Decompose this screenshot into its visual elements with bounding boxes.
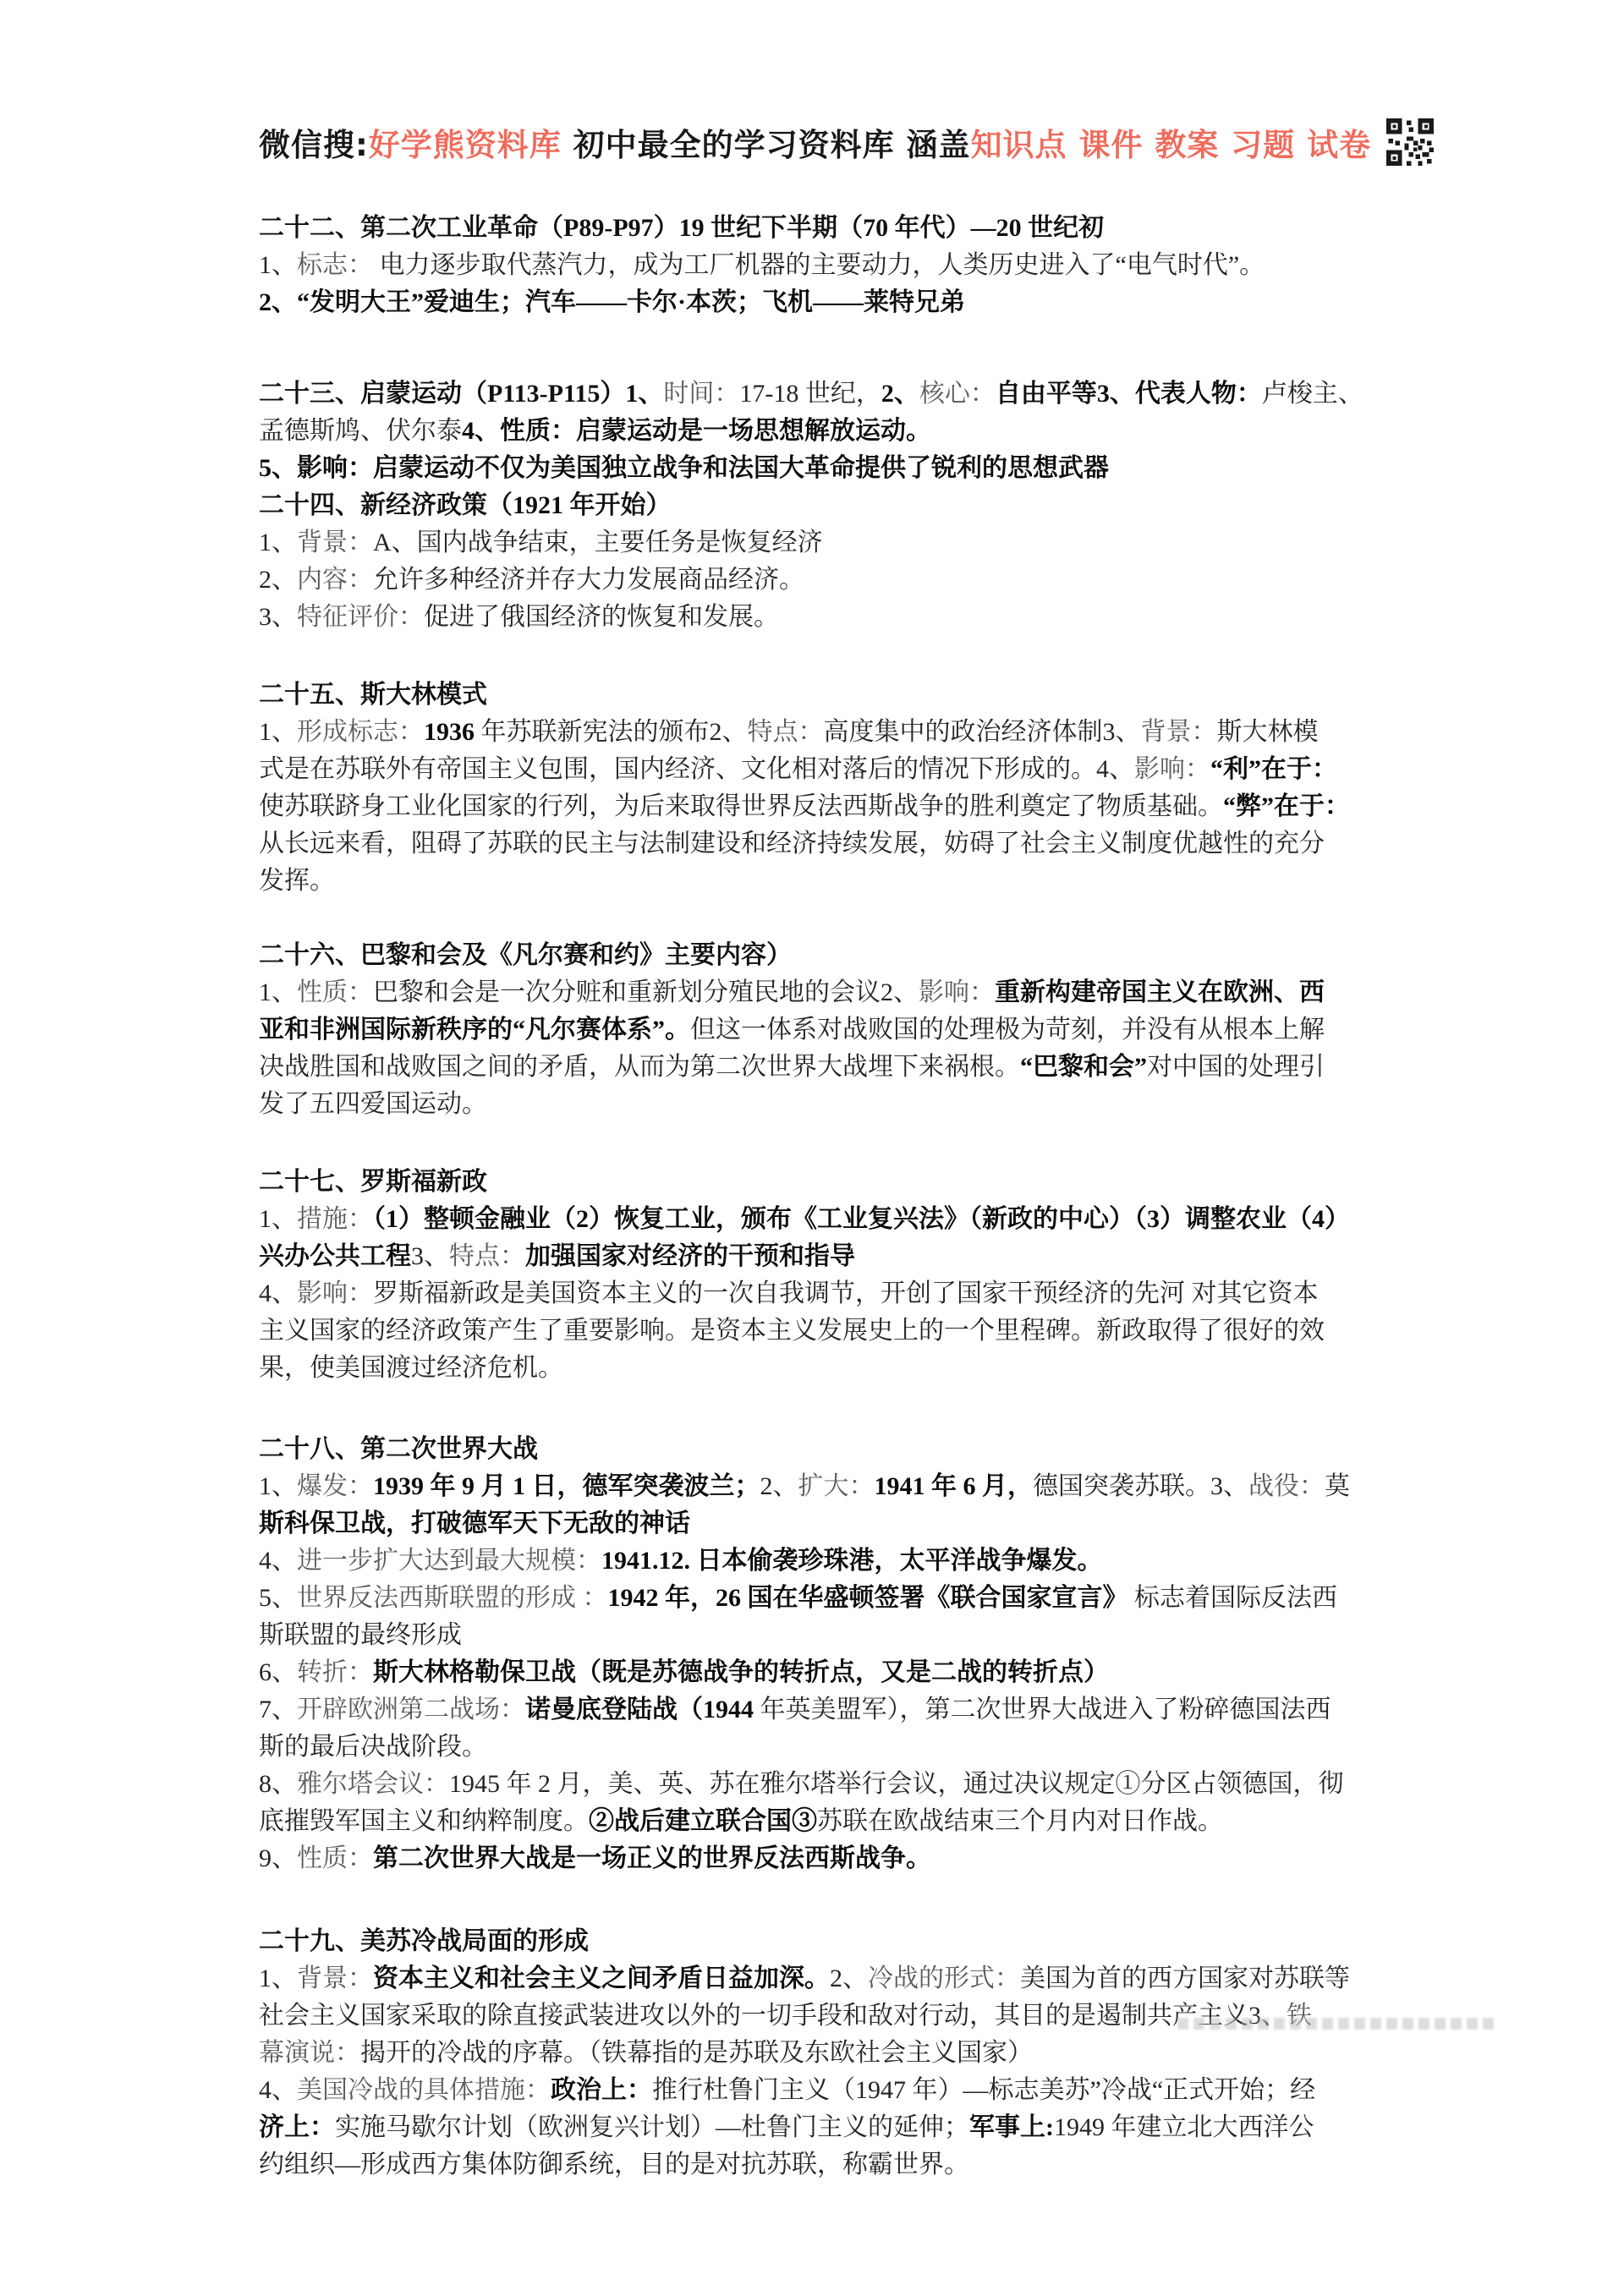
text-line: 7、开辟欧洲第二战场：诺曼底登陆战（1944 年英美盟军），第二次世界大战进入了… (259, 1691, 1497, 1729)
text-run: 3、 (1097, 380, 1135, 408)
section-23: 二十三、启蒙运动（P113-P115）1、时间：17-18 世纪，2、核心：自由… (259, 375, 1497, 487)
text-run: 1、 (259, 1472, 297, 1500)
text-run: 年苏联新宪法的颁布 (475, 718, 710, 746)
text-run: “巴黎和会” (1020, 1053, 1147, 1081)
text-run: 发挥。 (259, 867, 335, 895)
text-run: 特点： (449, 1242, 525, 1270)
text-line: 6、转折：斯大林格勒保卫战（既是苏德战争的转折点，又是二战的转折点） (259, 1654, 1497, 1691)
text-run: 二十六、巴黎和会及《凡尔赛和约》主要内容） (259, 941, 792, 969)
text-line: 9、性质：第二次世界大战是一场正义的世界反法西斯战争。 (259, 1840, 1497, 1877)
text-run: 影响： (297, 1280, 373, 1307)
text-run: 1945 年 2 月，美、英、苏在雅尔塔举行会议，通过决议规定①分区占领德国，彻 (449, 1770, 1344, 1798)
section-22: 二十二、第二次工业革命（P89-P97）19 世纪下半期（70 年代）—20 世… (259, 210, 1497, 321)
text-run: 背景： (297, 1964, 373, 1992)
text-run: 2、“发明大王”爱迪生；汽车——卡尔·本茨；飞机——莱特兄弟 (259, 288, 965, 316)
text-run: 2、 (881, 978, 919, 1006)
text-run: 初中最全的学习资料库 涵盖 (562, 127, 971, 163)
promo-header-text: 微信搜:好学熊资料库 初中最全的学习资料库 涵盖知识点 课件 教案 习题 试卷 (259, 119, 1371, 165)
text-run: 1、 (259, 1205, 297, 1233)
text-run: 1944 (703, 1696, 754, 1723)
text-run: 进一步扩大达到最大规模： (297, 1547, 601, 1575)
text-run: 自由平等 (996, 380, 1097, 408)
text-run: 斯联盟的最终形成 (259, 1621, 462, 1649)
text-run: 兴办公共工程 (259, 1242, 411, 1270)
text-run: 雅尔塔会议： (297, 1770, 449, 1798)
text-run: 4、 (259, 1547, 297, 1575)
section-26: 二十六、巴黎和会及《凡尔赛和约》主要内容）1、性质：巴黎和会是一次分赃和重新划分… (259, 937, 1497, 1123)
text-run: 性质： (297, 978, 373, 1006)
text-line: 1、形成标志：1936 年苏联新宪法的颁布2、特点：高度集中的政治经济体制3、背… (259, 714, 1497, 751)
text-run: 措施： (297, 1205, 373, 1233)
text-run: 二十二、第二次工业革命（P89-P97）19 世纪下半期（70 年代）—20 世… (259, 214, 1104, 242)
text-run: 揭开的冷战的序幕。（铁幕指的是苏联及东欧社会主义国家） (360, 2039, 1033, 2067)
text-run: 2、 (710, 718, 748, 746)
text-line: 2、“发明大王”爱迪生；汽车——卡尔·本茨；飞机——莱特兄弟 (259, 284, 1497, 321)
text-run: 代表人物： (1135, 380, 1262, 408)
text-line: 幕演说：揭开的冷战的序幕。（铁幕指的是苏联及东欧社会主义国家） (259, 2035, 1497, 2072)
text-line: 发了五四爱国运动。 (259, 1086, 1497, 1123)
section-title-line: 二十五、斯大林模式 (259, 677, 1497, 714)
text-run: 幕演说： (259, 2039, 360, 2067)
text-run: 特征评价： (297, 603, 424, 631)
text-run: 扩大： (798, 1472, 875, 1500)
text-run: 3、 (411, 1242, 449, 1270)
text-run: 德国突袭苏联。 (1033, 1472, 1210, 1500)
text-run: A、国内战争结束，主要任务是恢复经济 (373, 529, 823, 556)
text-line: 斯的最后决战阶段。 (259, 1729, 1497, 1766)
section-25: 二十五、斯大林模式1、形成标志：1936 年苏联新宪法的颁布2、特点：高度集中的… (259, 677, 1497, 900)
text-run: （1）整顿金融业（2）恢复工业，颁布《工业复兴法》（新政的中心）（3）调整农业（… (373, 1205, 1350, 1233)
text-run: 3、 (1210, 1472, 1248, 1500)
document-body: 二十二、第二次工业革命（P89-P97）19 世纪下半期（70 年代）—20 世… (259, 210, 1497, 2184)
text-run: 爆发： (297, 1472, 373, 1500)
text-run: 决战胜国和战败国之间的矛盾，从而为第二次世界大战埋下来祸根。 (259, 1053, 1020, 1081)
text-run: 使苏联跻身工业化国家的行列，为后来取得世界反法西斯战争的胜利奠定了物质基础。 (259, 792, 1223, 820)
section-title-line: 二十八、第二次世界大战 (259, 1431, 1497, 1468)
text-line: 1、背景：资本主义和社会主义之间矛盾日益加深。2、冷战的形式：美国为首的西方国家… (259, 1960, 1497, 1997)
text-run: 开辟欧洲第二战场： (297, 1696, 525, 1723)
text-line: 1、背景：A、国内战争结束，主要任务是恢复经济 (259, 524, 1497, 562)
text-run: 式是在苏联外有帝国主义包围，国内经济、文化相对落后的情况下形成的。 (259, 755, 1096, 783)
text-line: 主义国家的经济政策产生了重要影响。是资本主义发展史上的一个里程碑。新政取得了很好… (259, 1312, 1497, 1350)
text-line: 1、措施：（1）整顿金融业（2）恢复工业，颁布《工业复兴法》（新政的中心）（3）… (259, 1201, 1497, 1238)
text-run: 性质： (297, 1844, 373, 1872)
text-run: “利”在于： (1210, 755, 1337, 783)
text-run: 9、 (259, 1844, 297, 1872)
text-run: 特点： (748, 718, 824, 746)
text-line: 4、美国冷战的具体措施：政治上：推行杜鲁门主义（1947 年）—标志美苏”冷战“… (259, 2072, 1497, 2109)
text-line: 8、雅尔塔会议：1945 年 2 月，美、英、苏在雅尔塔举行会议，通过决议规定①… (259, 1766, 1497, 1803)
text-run: 形成标志： (297, 718, 424, 746)
text-run: 诺曼底登陆战（ (525, 1696, 703, 1723)
text-run: 二十九、美苏冷战局面的形成 (259, 1927, 589, 1955)
text-run: 17-18 世纪， (739, 380, 881, 408)
text-run: 1936 (424, 718, 475, 746)
text-run: 性质： (500, 417, 576, 445)
text-run: 2、 (881, 380, 919, 408)
text-run: 电力逐步取代蒸汽力，成为工厂机器的主要动力，人类历史进入了“电气时代”。 (373, 251, 1265, 279)
text-run: 日本偷袭珍珠港，太平洋战争爆发。 (690, 1547, 1103, 1575)
text-run: 1、 (259, 978, 297, 1006)
text-run: 3、 (1103, 718, 1141, 746)
text-run: 国在华盛顿签署《联合国家宣言》 (741, 1584, 1128, 1612)
qr-code-icon (1386, 118, 1434, 166)
text-line: 1、爆发：1939 年 9 月 1 日，德军突袭波兰；2、扩大：1941 年 6… (259, 1468, 1497, 1505)
text-run: 战役： (1248, 1472, 1325, 1500)
text-line: 从长远来看，阻碍了苏联的民主与法制建设和经济持续发展，妨碍了社会主义制度优越性的… (259, 825, 1497, 863)
section-title-line: 二十七、罗斯福新政 (259, 1164, 1497, 1201)
section-title-line: 二十三、启蒙运动（P113-P115）1、时间：17-18 世纪，2、核心：自由… (259, 375, 1497, 413)
text-run: 4、 (1096, 755, 1134, 783)
text-run: “弊”在于： (1223, 792, 1350, 820)
text-line: 5、影响：启蒙运动不仅为美国独立战争和法国大革命提供了锐利的思想武器 (259, 450, 1497, 487)
section-title-line: 二十六、巴黎和会及《凡尔赛和约》主要内容） (259, 937, 1497, 974)
section-title-line: 二十二、第二次工业革命（P89-P97）19 世纪下半期（70 年代）—20 世… (259, 210, 1497, 247)
text-run: 启蒙运动是一场思想解放运动。 (576, 417, 931, 445)
text-run: 苏联在欧战结束三个月内对日作战。 (817, 1807, 1223, 1835)
text-run: 1941.12. (601, 1547, 690, 1575)
text-run: 1、 (259, 718, 297, 746)
text-run: 2、 (760, 1472, 798, 1500)
text-line: 1、标志： 电力逐步取代蒸汽力，成为工厂机器的主要动力，人类历史进入了“电气时代… (259, 247, 1497, 284)
text-line: 4、影响：罗斯福新政是美国资本主义的一次自我调节，开创了国家干预经济的先河 对其… (259, 1275, 1497, 1312)
text-run: 影响： (1134, 755, 1210, 783)
text-run: 微信搜: (259, 127, 369, 163)
text-run: 主义国家的经济政策产生了重要影响。是资本主义发展史上的一个里程碑。新政取得了很好… (259, 1317, 1325, 1345)
section-title-line: 二十四、新经济政策（1921 年开始） (259, 487, 1497, 524)
watermark-artifact (1177, 2018, 1499, 2030)
text-run: 5、影响： (259, 454, 373, 482)
section-27: 二十七、罗斯福新政1、措施：（1）整顿金融业（2）恢复工业，颁布《工业复兴法》（… (259, 1164, 1497, 1387)
text-run: 核心： (919, 380, 996, 408)
text-line: 决战胜国和战败国之间的矛盾，从而为第二次世界大战埋下来祸根。“巴黎和会”对中国的… (259, 1049, 1497, 1086)
text-run: 1941 年 6 月， (875, 1472, 1034, 1500)
text-run: 二十八、第二次世界大战 (259, 1435, 538, 1463)
text-run: 第二次世界大战是一场正义的世界反法西斯战争。 (373, 1844, 931, 1872)
text-run: 斯大林模 (1217, 718, 1319, 746)
text-run: 2、 (259, 566, 297, 594)
text-run: 知识点 课件 教案 习题 试卷 (971, 127, 1372, 163)
text-run: 从长远来看，阻碍了苏联的民主与法制建设和经济持续发展，妨碍了社会主义制度优越性的… (259, 830, 1325, 858)
text-run: 背景： (1141, 718, 1217, 746)
text-run: 资本主义和社会主义之间矛盾日益加深。 (373, 1964, 830, 1992)
text-line: 底摧毁军国主义和纳粹制度。②战后建立联合国③苏联在欧战结束三个月内对日作战。 (259, 1803, 1497, 1840)
text-line: 2、内容：允许多种经济并存大力发展商品经济。 (259, 562, 1497, 599)
text-run: 美国为首的西方国家对苏联等 (1020, 1964, 1350, 1992)
text-run: 对中国的处理引 (1147, 1053, 1325, 1081)
text-line: 4、进一步扩大达到最大规模：1941.12. 日本偷袭珍珠港，太平洋战争爆发。 (259, 1543, 1497, 1580)
text-run: 1、 (259, 1964, 297, 1992)
text-line: 亚和非洲国际新秩序的“凡尔赛体系”。但这一体系对战败国的处理极为苛刻，并没有从根… (259, 1011, 1497, 1049)
text-line: 5、世界反法西斯联盟的形成 ：1942 年，26 国在华盛顿签署《联合国家宣言》… (259, 1580, 1497, 1617)
text-line: 式是在苏联外有帝国主义包围，国内经济、文化相对落后的情况下形成的。4、影响：“利… (259, 751, 1497, 788)
text-run: 7、 (259, 1696, 297, 1723)
text-run: 德军突袭波兰； (583, 1472, 760, 1500)
text-run: 影响： (919, 978, 995, 1006)
text-run: 孟德斯鸠、伏尔泰 (259, 417, 462, 445)
document-page: 微信搜:好学熊资料库 初中最全的学习资料库 涵盖知识点 课件 教案 习题 试卷 (0, 0, 1624, 2296)
text-run: 4、 (259, 1280, 297, 1307)
text-run: 二十五、斯大林模式 (259, 681, 487, 709)
text-run: 莫 (1325, 1472, 1350, 1500)
text-run: 世界反法西斯联盟的形成 ： (297, 1584, 608, 1612)
text-run: 底摧毁军国主义和纳粹制度。 (259, 1807, 589, 1835)
text-run: 8、 (259, 1770, 297, 1798)
text-run: 1949 年建立北大西洋公 (1054, 2113, 1314, 2141)
text-run: 斯大林格勒保卫战（既是苏德战争的转折点，又是二战的转折点） (373, 1658, 1109, 1686)
text-run: 美国冷战的具体措施： (297, 2076, 551, 2104)
section-title-line: 二十九、美苏冷战局面的形成 (259, 1923, 1497, 1960)
text-run: 标志着国际反法西 (1128, 1584, 1338, 1612)
text-line: 发挥。 (259, 863, 1497, 900)
text-run: 第二次世界大战进入了粉碎德国法西 (925, 1696, 1331, 1723)
text-run: ②战后建立联合国③ (589, 1807, 817, 1835)
text-run: 标志： (297, 251, 373, 279)
text-run: 但这一体系对战败国的处理极为苛刻，并没有从根本上解 (690, 1016, 1325, 1044)
text-line: 斯联盟的最终形成 (259, 1617, 1497, 1654)
text-run: 允许多种经济并存大力发展商品经济。 (373, 566, 804, 594)
text-run: 亚和非洲国际新秩序的“凡尔赛体系”。 (259, 1016, 690, 1044)
text-line: 3、特征评价：促进了俄国经济的恢复和发展。 (259, 599, 1497, 636)
text-run: 背景： (297, 529, 373, 556)
text-run: 冷战的形式： (868, 1964, 1020, 1992)
text-run: 时间： (663, 380, 739, 408)
text-line: 使苏联跻身工业化国家的行列，为后来取得世界反法西斯战争的胜利奠定了物质基础。“弊… (259, 788, 1497, 825)
text-run: 4、 (462, 417, 500, 445)
text-run: 二十三、启蒙运动（P113-P115） (259, 380, 625, 408)
text-run: 发了五四爱国运动。 (259, 1090, 487, 1118)
text-run: 济上： (259, 2113, 335, 2141)
text-run: 政治上： (551, 2076, 652, 2104)
section-24: 二十四、新经济政策（1921 年开始）1、背景：A、国内战争结束，主要任务是恢复… (259, 487, 1497, 636)
text-run: 内容： (297, 566, 373, 594)
text-run: 1939 年 9 月 1 日， (373, 1472, 583, 1500)
text-run: 促进了俄国经济的恢复和发展。 (424, 603, 779, 631)
text-run: 5、 (259, 1584, 297, 1612)
text-run: 果，使美国渡过经济危机。 (259, 1354, 563, 1382)
text-run: 推行杜鲁门主义（1947 年）—标志美苏”冷战“正式开始；经 (652, 2076, 1315, 2104)
text-run: 3、 (259, 603, 297, 631)
text-run: 1、 (259, 529, 297, 556)
text-run: 重新构建帝国主义在欧洲、西 (995, 978, 1325, 1006)
text-run: 好学熊资料库 (369, 127, 562, 163)
text-run: 1、 (625, 380, 663, 408)
text-line: 斯科保卫战，打破德军天下无敌的神话 (259, 1505, 1497, 1543)
text-line: 兴办公共工程3、特点：加强国家对经济的干预和指导 (259, 1238, 1497, 1275)
text-run: 二十四、新经济政策（1921 年开始） (259, 491, 672, 519)
text-run: 卢梭主、 (1262, 380, 1363, 408)
text-line: 济上：实施马歇尔计划（欧洲复兴计划）—杜鲁门主义的延伸；军事上:1949 年建立… (259, 2109, 1497, 2146)
text-run: 1942 年，26 (608, 1584, 742, 1612)
text-run: 转折： (297, 1658, 373, 1686)
text-run: 约组织—形成西方集体防御系统，目的是对抗苏联，称霸世界。 (259, 2151, 969, 2178)
text-run: 实施马歇尔计划（欧洲复兴计划）—杜鲁门主义的延伸； (335, 2113, 969, 2141)
text-line: 约组织—形成西方集体防御系统，目的是对抗苏联，称霸世界。 (259, 2146, 1497, 2184)
text-line: 果，使美国渡过经济危机。 (259, 1350, 1497, 1387)
text-run: 启蒙运动不仅为美国独立战争和法国大革命提供了锐利的思想武器 (373, 454, 1109, 482)
text-run: 高度集中的政治经济体制 (824, 718, 1103, 746)
text-run: 年英美盟军）， (754, 1696, 925, 1723)
text-run: 社会主义国家采取的除直接武装进攻以外的一切手段和敌对行动，其目的是遏制共产主义 (259, 2002, 1248, 2030)
text-run: 二十七、罗斯福新政 (259, 1168, 487, 1196)
text-run: 6、 (259, 1658, 297, 1686)
text-run: 4、 (259, 2076, 297, 2104)
text-run: 斯的最后决战阶段。 (259, 1733, 487, 1761)
text-run: 加强国家对经济的干预和指导 (525, 1242, 855, 1270)
text-run: 罗斯福新政是美国资本主义的一次自我调节，开创了国家干预经济的先河 对其它资本 (373, 1280, 1319, 1307)
text-line: 1、性质：巴黎和会是一次分赃和重新划分殖民地的会议2、影响：重新构建帝国主义在欧… (259, 974, 1497, 1011)
text-run: 2、 (830, 1964, 868, 1992)
section-29: 二十九、美苏冷战局面的形成1、背景：资本主义和社会主义之间矛盾日益加深。2、冷战… (259, 1923, 1497, 2184)
text-run: 巴黎和会是一次分赃和重新划分殖民地的会议 (373, 978, 881, 1006)
text-run: 斯科保卫战，打破德军天下无敌的神话 (259, 1510, 690, 1537)
text-run: 军事上: (969, 2113, 1054, 2141)
promo-header: 微信搜:好学熊资料库 初中最全的学习资料库 涵盖知识点 课件 教案 习题 试卷 (259, 118, 1497, 166)
text-run: 1、 (259, 251, 297, 279)
section-28: 二十八、第二次世界大战1、爆发：1939 年 9 月 1 日，德军突袭波兰；2、… (259, 1431, 1497, 1877)
text-line: 孟德斯鸠、伏尔泰4、性质：启蒙运动是一场思想解放运动。 (259, 413, 1497, 450)
